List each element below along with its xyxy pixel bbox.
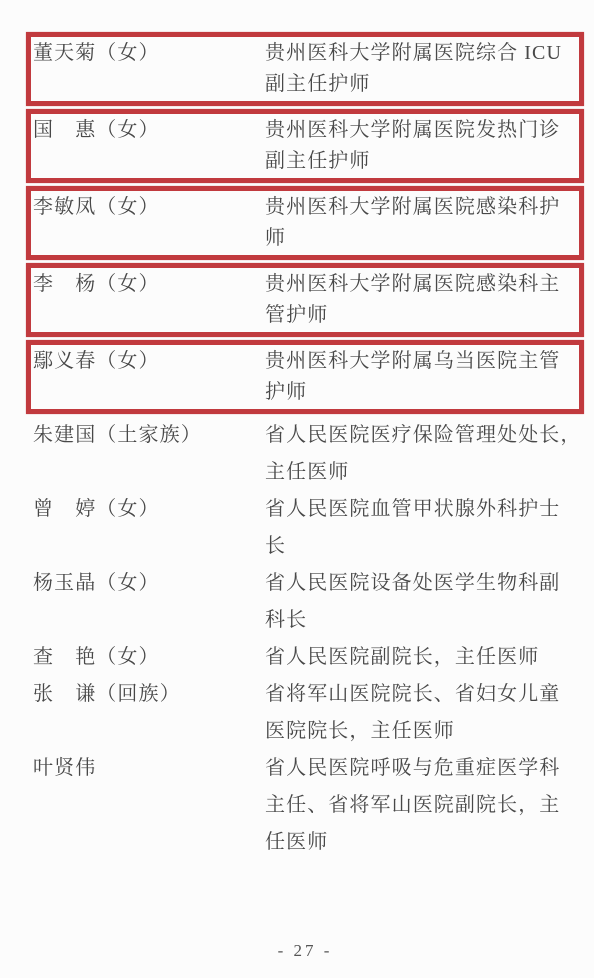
- entry-name: 董天菊（女）: [33, 38, 265, 69]
- entry-description: 省人民医院医疗保险管理处处长， 主任医师: [265, 417, 584, 491]
- entry-description: 省人民医院呼吸与危重症医学科 主任、省将军山医院副院长，主 任医师: [265, 750, 584, 861]
- entry-name: 张 谦（回族）: [33, 676, 265, 713]
- list-item-highlighted: 李 杨（女） 贵州医科大学附属医院感染科主 管护师: [26, 263, 584, 337]
- document-page: 董天菊（女） 贵州医科大学附属医院综合 ICU 副主任护师 国 惠（女） 贵州医…: [0, 0, 594, 978]
- list-item: 叶贤伟 省人民医院呼吸与危重症医学科 主任、省将军山医院副院长，主 任医师: [33, 750, 584, 861]
- list-item: 朱建国（土家族） 省人民医院医疗保险管理处处长， 主任医师: [33, 417, 584, 491]
- entry-name: 国 惠（女）: [33, 115, 265, 146]
- entry-name: 杨玉晶（女）: [33, 565, 265, 602]
- entry-name: 鄢义春（女）: [33, 346, 265, 377]
- entry-name: 叶贤伟: [33, 750, 265, 787]
- list-item: 曾 婷（女） 省人民医院血管甲状腺外科护士 长: [33, 491, 584, 565]
- entry-name: 查 艳（女）: [33, 639, 265, 676]
- entry-description: 省将军山医院院长、省妇女儿童 医院院长，主任医师: [265, 676, 584, 750]
- entry-description: 贵州医科大学附属医院发热门诊 副主任护师: [265, 115, 575, 177]
- list-item-highlighted: 鄢义春（女） 贵州医科大学附属乌当医院主管 护师: [26, 340, 584, 414]
- honoree-list: 董天菊（女） 贵州医科大学附属医院综合 ICU 副主任护师 国 惠（女） 贵州医…: [26, 32, 584, 861]
- entry-description: 省人民医院设备处医学生物科副 科长: [265, 565, 584, 639]
- list-item-highlighted: 李敏凤（女） 贵州医科大学附属医院感染科护 师: [26, 186, 584, 260]
- entry-description: 贵州医科大学附属医院感染科护 师: [265, 192, 575, 254]
- list-item: 查 艳（女） 省人民医院副院长，主任医师: [33, 639, 584, 676]
- entry-name: 朱建国（土家族）: [33, 417, 265, 454]
- entry-name: 曾 婷（女）: [33, 491, 265, 528]
- entry-description: 省人民医院血管甲状腺外科护士 长: [265, 491, 584, 565]
- entry-description: 贵州医科大学附属医院综合 ICU 副主任护师: [265, 38, 575, 100]
- list-item-highlighted: 国 惠（女） 贵州医科大学附属医院发热门诊 副主任护师: [26, 109, 584, 183]
- entry-name: 李 杨（女）: [33, 269, 265, 300]
- list-item: 张 谦（回族） 省将军山医院院长、省妇女儿童 医院院长，主任医师: [33, 676, 584, 750]
- entry-name: 李敏凤（女）: [33, 192, 265, 223]
- page-number: - 27 -: [26, 941, 584, 961]
- entry-description: 贵州医科大学附属乌当医院主管 护师: [265, 346, 575, 408]
- entry-description: 省人民医院副院长，主任医师: [265, 639, 584, 676]
- entry-description: 贵州医科大学附属医院感染科主 管护师: [265, 269, 575, 331]
- list-item: 杨玉晶（女） 省人民医院设备处医学生物科副 科长: [33, 565, 584, 639]
- list-item-highlighted: 董天菊（女） 贵州医科大学附属医院综合 ICU 副主任护师: [26, 32, 584, 106]
